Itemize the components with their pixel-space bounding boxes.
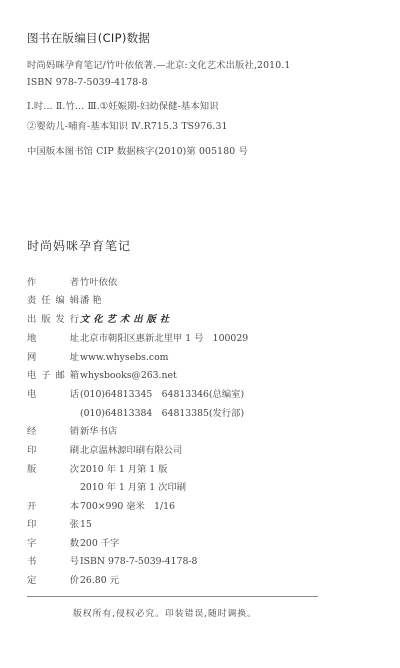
cip-catalog-line: 时尚妈咪孕育笔记/竹叶依依著.—北京:文化艺术出版社,2010.1 <box>27 57 290 71</box>
detail-value: 2010 年 1 月第 1 次印刷 <box>80 481 186 495</box>
cip-isbn: ISBN 978-7-5039-4178-8 <box>27 77 148 88</box>
detail-label: 定 价 <box>27 574 79 588</box>
copyright-notice: 版权所有,侵权必究。印装错误,随时调换。 <box>73 606 257 619</box>
detail-value: 2010 年 1 月第 1 版 <box>80 463 167 477</box>
detail-value: 竹叶依依 <box>80 276 117 290</box>
website-link: www.whysebs.com <box>80 351 169 365</box>
detail-label: 出版发行 <box>27 313 79 327</box>
detail-label: 地 址 <box>27 332 79 346</box>
cip-classification-line-2: ②婴幼儿-哺育-基本知识 Ⅳ.R715.3 TS976.31 <box>27 118 228 132</box>
detail-label: 印 张 <box>27 518 79 532</box>
email-address: whysbooks@263.net <box>80 369 177 383</box>
detail-value: 新华书店 <box>80 425 117 439</box>
divider-rule <box>27 596 318 597</box>
detail-label: 责任编辑 <box>27 294 79 308</box>
detail-label: 电 话 <box>27 388 79 402</box>
book-title: 时尚妈咪孕育笔记 <box>27 237 131 254</box>
detail-value: 15 <box>80 518 92 532</box>
detail-value: (010)64813345 64813346(总编室) <box>80 388 244 402</box>
detail-value: 700×990 毫米 1/16 <box>80 500 175 514</box>
detail-label: 版 次 <box>27 463 79 477</box>
publisher-logo-text: 文化艺术出版社 <box>80 313 173 327</box>
detail-label: 电子邮箱 <box>27 369 79 383</box>
detail-label: 网 址 <box>27 351 79 365</box>
detail-value: 北京温林源印刷有限公司 <box>80 444 182 458</box>
detail-value: 潘 艳 <box>80 294 102 308</box>
detail-value: (010)64813384 64813385(发行部) <box>80 407 244 421</box>
cip-classification-line-1: Ⅰ.时… Ⅱ.竹… Ⅲ.①妊娠期-妇幼保健-基本知识 <box>27 98 219 112</box>
detail-label: 经 销 <box>27 425 79 439</box>
detail-value: 200 千字 <box>80 537 119 551</box>
cip-number: 中国版本图书馆 CIP 数据核字(2010)第 005180 号 <box>27 143 248 157</box>
detail-value: ISBN 978-7-5039-4178-8 <box>80 555 197 569</box>
detail-value: 26.80 元 <box>80 574 119 588</box>
detail-value: 北京市朝阳区惠新北里甲 1 号 100029 <box>80 332 248 346</box>
detail-label: 开 本 <box>27 500 79 514</box>
detail-label: 书 号 <box>27 555 79 569</box>
detail-label: 作 者 <box>27 276 79 290</box>
detail-label: 印 刷 <box>27 444 79 458</box>
detail-label: 字 数 <box>27 537 79 551</box>
cip-heading: 图书在版编目(CIP)数据 <box>27 30 150 46</box>
